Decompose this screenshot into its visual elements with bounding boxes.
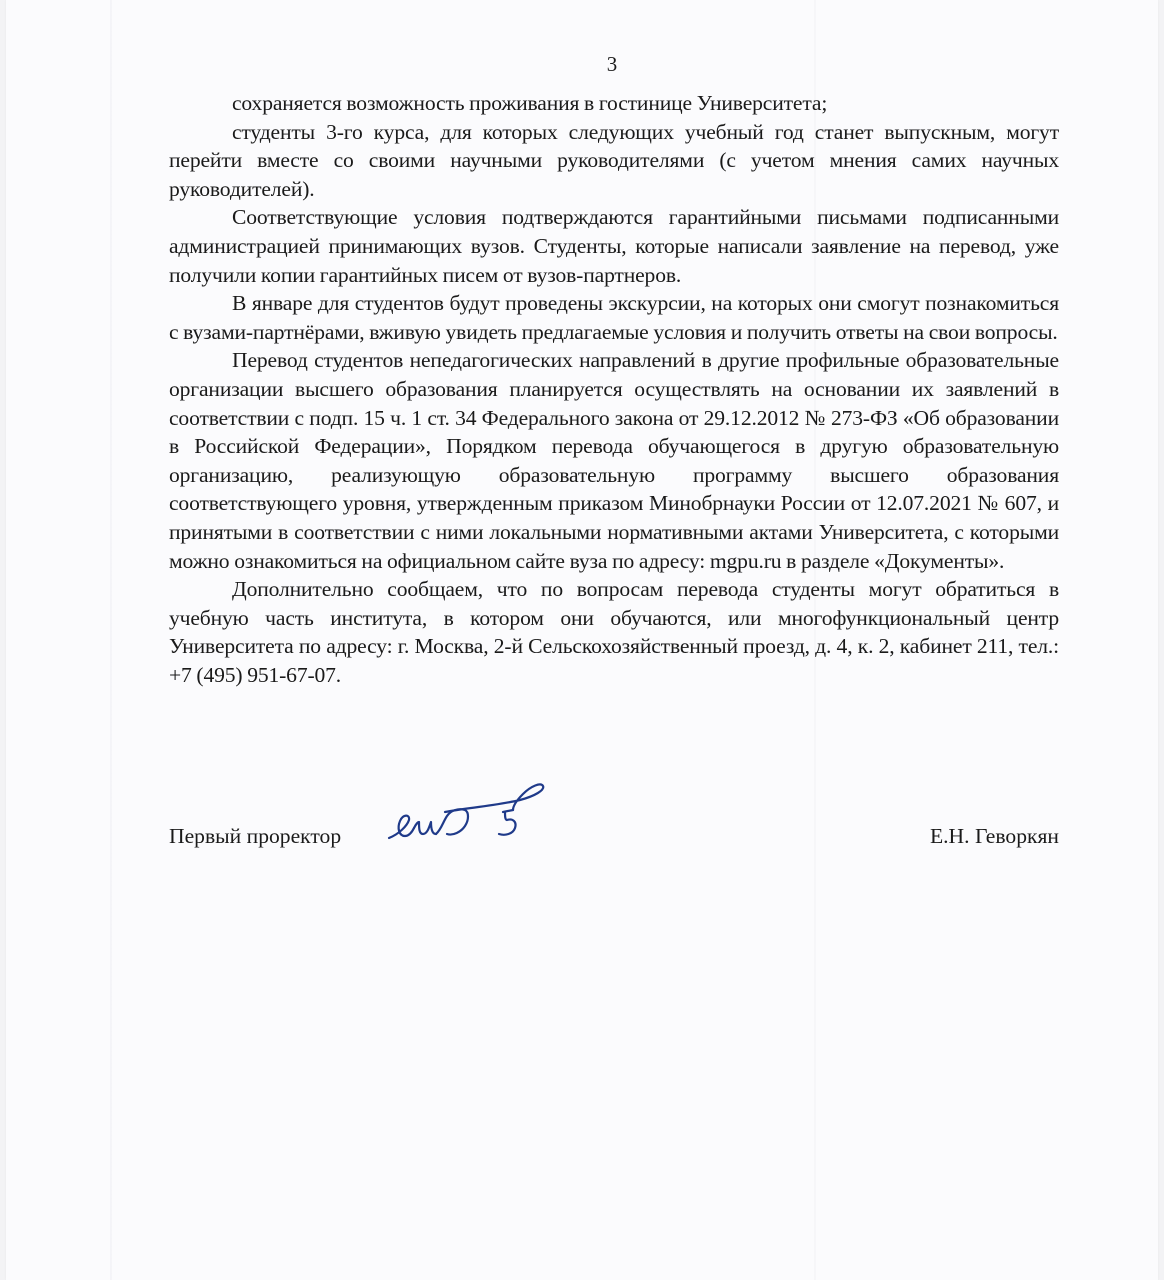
paragraph-excursions: В январе для студентов будут проведены э… xyxy=(169,289,1059,346)
handwritten-signature-icon xyxy=(385,776,555,856)
signatory-position: Первый проректор xyxy=(169,822,341,850)
paragraph-guarantee-letters: Соответствующие условия подтверждаются г… xyxy=(169,203,1059,289)
page-number: 3 xyxy=(6,52,1164,76)
document-body: сохраняется возможность проживания в гос… xyxy=(169,89,1059,689)
paragraph-third-year-students: студенты 3-го курса, для которых следующ… xyxy=(169,118,1059,204)
document-page: 3 сохраняется возможность проживания в г… xyxy=(6,0,1158,1280)
paragraph-contact-info: Дополнительно сообщаем, что по вопросам … xyxy=(169,575,1059,689)
signature-block: Первый проректор Е.Н. Геворкян xyxy=(169,816,1059,856)
paragraph-hostel: сохраняется возможность проживания в гос… xyxy=(169,89,1059,118)
signatory-name: Е.Н. Геворкян xyxy=(930,822,1059,850)
paragraph-transfer-legal-basis: Перевод студентов непедагогических напра… xyxy=(169,346,1059,575)
